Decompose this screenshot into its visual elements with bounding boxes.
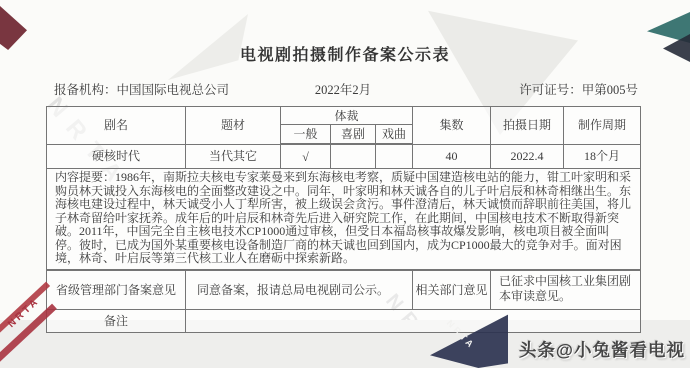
table-row: 硬核时代 当代其它 √ 40 2022.4 18个月 (47, 144, 641, 169)
col-header-genre-group: 体裁 (281, 107, 413, 125)
cell-genre-comedy (331, 144, 376, 169)
cell-subject: 当代其它 (186, 144, 281, 169)
remarks-value (186, 309, 641, 332)
byline-watermark: 头条@小兔酱看电视 (519, 337, 685, 362)
license-value: 甲第005号 (582, 83, 638, 97)
record-table: 剧名 题材 体裁 集数 拍摄日期 制作周期 一般 喜剧 戏曲 硬核时代 当代其它… (46, 106, 641, 333)
synopsis-cell: 内容提要：1986年，南斯拉夫核电专家莱曼来到东海核电考察，质疑中国建造核电站的… (47, 169, 641, 270)
cell-genre-opera (376, 144, 413, 169)
license-no: 许可证号：甲第005号 (519, 80, 638, 98)
col-header-drama-name: 剧名 (47, 107, 186, 145)
col-header-subject: 题材 (186, 107, 281, 145)
related-opinion-value: 已征求中国核工业集团剧本审读意见。 (491, 270, 641, 310)
synopsis-row: 内容提要：1986年，南斯拉夫核电专家莱曼来到东海核电考察，质疑中国建造核电站的… (47, 169, 641, 270)
license-label: 许可证号： (519, 83, 582, 97)
page-title: 电视剧拍摄制作备案公示表 (0, 42, 690, 65)
document-page: NRTA NRTA 电视剧拍摄制作备案公示表 报备机构：中国国际电视总公司 20… (0, 0, 690, 368)
cell-drama-name: 硬核时代 (47, 144, 186, 169)
col-header-genre-general: 一般 (281, 125, 331, 145)
cell-episodes: 40 (413, 144, 491, 169)
header-row-1: 剧名 题材 体裁 集数 拍摄日期 制作周期 (47, 107, 641, 125)
col-header-production-cycle: 制作周期 (564, 107, 641, 145)
cell-production-cycle: 18个月 (564, 144, 641, 169)
related-opinion-label: 相关部门意见 (413, 270, 491, 310)
col-header-shoot-date: 拍摄日期 (491, 107, 564, 145)
opinions-row: 省级管理部门备案意见 同意备案，报请总局电视剧司公示。 相关部门意见 已征求中国… (47, 270, 641, 310)
cell-genre-general-check: √ (281, 144, 331, 169)
info-line: 报备机构：中国国际电视总公司 2022年2月 许可证号：甲第005号 (46, 80, 640, 96)
cell-shoot-date: 2022.4 (491, 144, 564, 169)
synopsis-text: 1986年，南斯拉夫核电专家莱曼来到东海核电考察，质疑中国建造核电站的能力，钳工… (55, 170, 631, 265)
col-header-episodes: 集数 (413, 107, 491, 145)
col-header-genre-opera: 戏曲 (376, 125, 413, 145)
synopsis-label: 内容提要： (55, 170, 115, 184)
provincial-opinion-value: 同意备案，报请总局电视剧司公示。 (186, 270, 413, 310)
corner-logo-top-right-teal (647, 12, 690, 43)
col-header-genre-comedy: 喜剧 (331, 125, 376, 145)
remarks-label: 备注 (47, 309, 186, 332)
provincial-opinion-label: 省级管理部门备案意见 (47, 270, 186, 310)
remarks-row: 备注 (47, 309, 641, 332)
